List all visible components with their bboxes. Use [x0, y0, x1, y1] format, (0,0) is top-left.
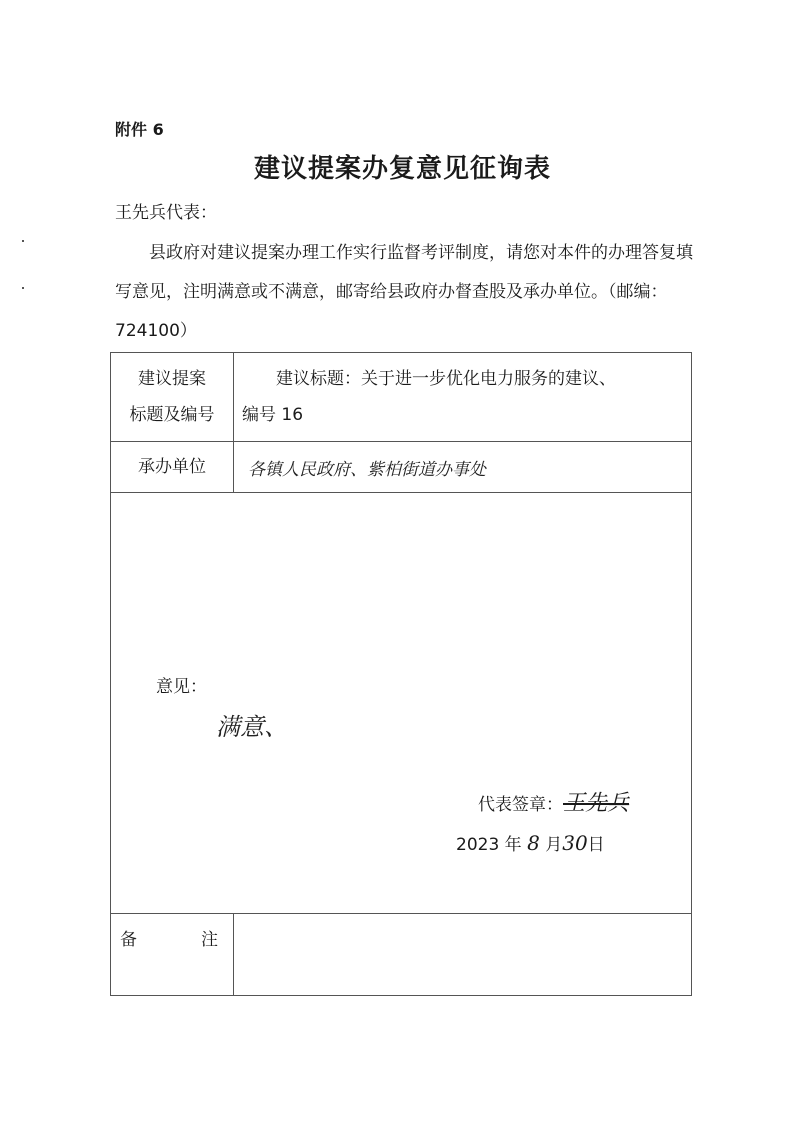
proposal-title-value: 建议标题：关于进一步优化电力服务的建议、 编号 16: [234, 353, 692, 442]
proposal-title-label: 建议提案 标题及编号: [111, 353, 234, 442]
signature-handwritten: 王先兵: [563, 791, 629, 816]
remarks-value: [234, 914, 692, 996]
scan-dot: [22, 287, 24, 289]
feedback-form-table: 建议提案 标题及编号 建议标题：关于进一步优化电力服务的建议、 编号 16 承办…: [110, 352, 692, 996]
instruction-paragraph: 县政府对建议提案办理工作实行监督考评制度，请您对本件的办理答复填写意见，注明满意…: [115, 234, 705, 351]
handling-unit-handwritten: 各镇人民政府、紫柏街道办事处: [234, 442, 692, 493]
handling-unit-label: 承办单位: [111, 442, 234, 493]
row-remarks: 备 注: [111, 914, 692, 996]
page-title: 建议提案办复意见征询表: [0, 148, 793, 185]
salutation: 王先兵代表：: [115, 198, 217, 223]
opinion-handwritten: 满意、: [216, 707, 690, 742]
representative-signature: 代表签章：王先兵: [478, 786, 629, 817]
row-proposal-title: 建议提案 标题及编号 建议标题：关于进一步优化电力服务的建议、 编号 16: [111, 353, 692, 442]
scan-dot: [22, 240, 24, 242]
attachment-label: 附件 6: [115, 117, 164, 140]
signature-date: 2023 年 8 月30日: [456, 830, 605, 855]
row-handling-unit: 承办单位 各镇人民政府、紫柏街道办事处: [111, 442, 692, 493]
remarks-label: 备 注: [111, 914, 234, 996]
opinion-label: 意见：: [156, 672, 690, 697]
